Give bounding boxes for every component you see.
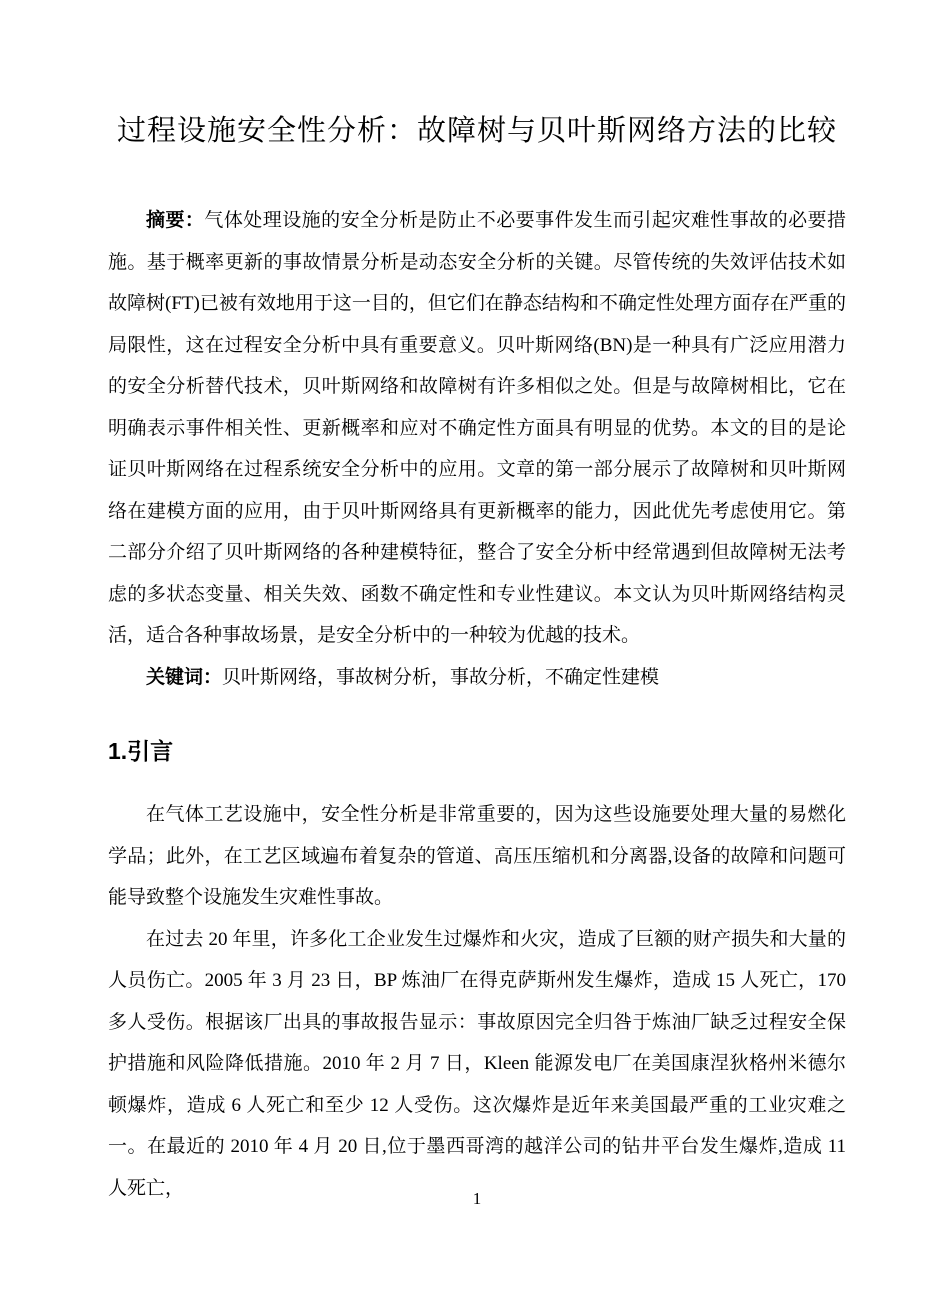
intro-paragraph-1: 在气体工艺设施中，安全性分析是非常重要的，因为这些设施要处理大量的易燃化学品；此… — [108, 794, 846, 919]
keywords-text: 贝叶斯网络，事故树分析，事故分析，不确定性建模 — [222, 667, 659, 688]
abstract-paragraph: 摘要：气体处理设施的安全分析是防止不必要事件发生而引起灾难性事故的必要措施。基于… — [108, 200, 846, 657]
page-title: 过程设施安全性分析：故障树与贝叶斯网络方法的比较 — [108, 108, 846, 154]
intro-paragraph-2: 在过去 20 年里，许多化工企业发生过爆炸和火灾，造成了巨额的财产损失和大量的人… — [108, 919, 846, 1210]
abstract-label: 摘要： — [146, 210, 204, 231]
document-page: 过程设施安全性分析：故障树与贝叶斯网络方法的比较 摘要：气体处理设施的安全分析是… — [0, 0, 926, 1309]
keywords-line: 关键词：贝叶斯网络，事故树分析，事故分析，不确定性建模 — [108, 657, 846, 699]
keywords-label: 关键词： — [146, 667, 222, 688]
section-heading-introduction: 1.引言 — [108, 734, 846, 768]
page-number: 1 — [108, 1188, 846, 1210]
document-content: 过程设施安全性分析：故障树与贝叶斯网络方法的比较 摘要：气体处理设施的安全分析是… — [108, 100, 846, 1209]
abstract-text: 气体处理设施的安全分析是防止不必要事件发生而引起灾难性事故的必要措施。基于概率更… — [108, 210, 846, 646]
